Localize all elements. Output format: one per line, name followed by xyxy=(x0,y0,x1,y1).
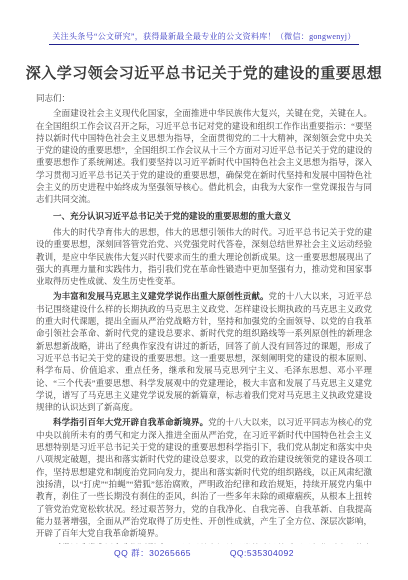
section-heading: 一、充分认识习近平总书记关于党的建设的重要思想的重大意义 xyxy=(36,210,372,222)
paragraph: 伟大的时代孕育伟大的思想，伟大的思想引领伟大的时代。习近平总书记关于党的建设的重… xyxy=(36,226,372,287)
paragraph-text: 党的十八大以来，习近平总书记围绕建设什么样的长期执政的马克思主义政党、怎样建设长… xyxy=(36,291,372,412)
paragraph-text: 党的十八大以来，以习近平同志为核心的党中央以前所未有的勇气和定力深入推进全面从严… xyxy=(36,417,372,538)
paragraph-lead: 为丰富和发展马克思主义建党学说作出重大原创性贡献。 xyxy=(53,291,269,301)
qq-number: QQ:535304092 xyxy=(230,548,294,558)
header-banner: 关注头条号“公文研究”，获得最新最全最专业的公文资料库！（微信：gongweny… xyxy=(0,26,408,45)
qq-group-number: QQ 群：30265665 xyxy=(114,548,191,558)
paragraph-lead: 科学指引百年大党开辟自我革命新境界。 xyxy=(53,417,208,427)
paragraph-text: 伟大的时代孕育伟大的思想，伟大的思想引领伟大的时代。习近平总书记关于党的建设的重… xyxy=(36,227,372,286)
paragraph-lead: 对世界政党发展产生深远影响。 xyxy=(53,543,174,544)
paragraph: 为丰富和发展马克思主义建党学说作出重大原创性贡献。党的十八大以来，习近平总书记围… xyxy=(36,290,372,413)
paragraph: 科学指引百年大党开辟自我革命新境界。党的十八大以来，以习近平同志为核心的党中央以… xyxy=(36,416,372,539)
salutation: 同志们： xyxy=(36,92,372,104)
footer-contact: QQ 群：30265665 QQ:535304092 xyxy=(0,547,408,559)
page-title: 深入学习领会习近平总书记关于党的建设的重要思想 xyxy=(0,62,408,83)
intro-paragraph: 全面建设社会主义现代化国家，全面推进中华民族伟大复兴，关键在党，关键在人。在全国… xyxy=(36,107,372,205)
document-body: 同志们： 全面建设社会主义现代化国家，全面推进中华民族伟大复兴，关键在党，关键在… xyxy=(36,92,372,544)
header-banner-text: 关注头条号“公文研究”，获得最新最全最专业的公文资料库！（微信：gongweny… xyxy=(49,31,358,45)
paragraph: 对世界政党发展产生深远影响。习近平总书记关于党的建设的重要思想指引中国共产党之治… xyxy=(36,542,372,544)
document-page: 关注头条号“公文研究”，获得最新最全最专业的公文资料库！（微信：gongweny… xyxy=(0,0,408,580)
